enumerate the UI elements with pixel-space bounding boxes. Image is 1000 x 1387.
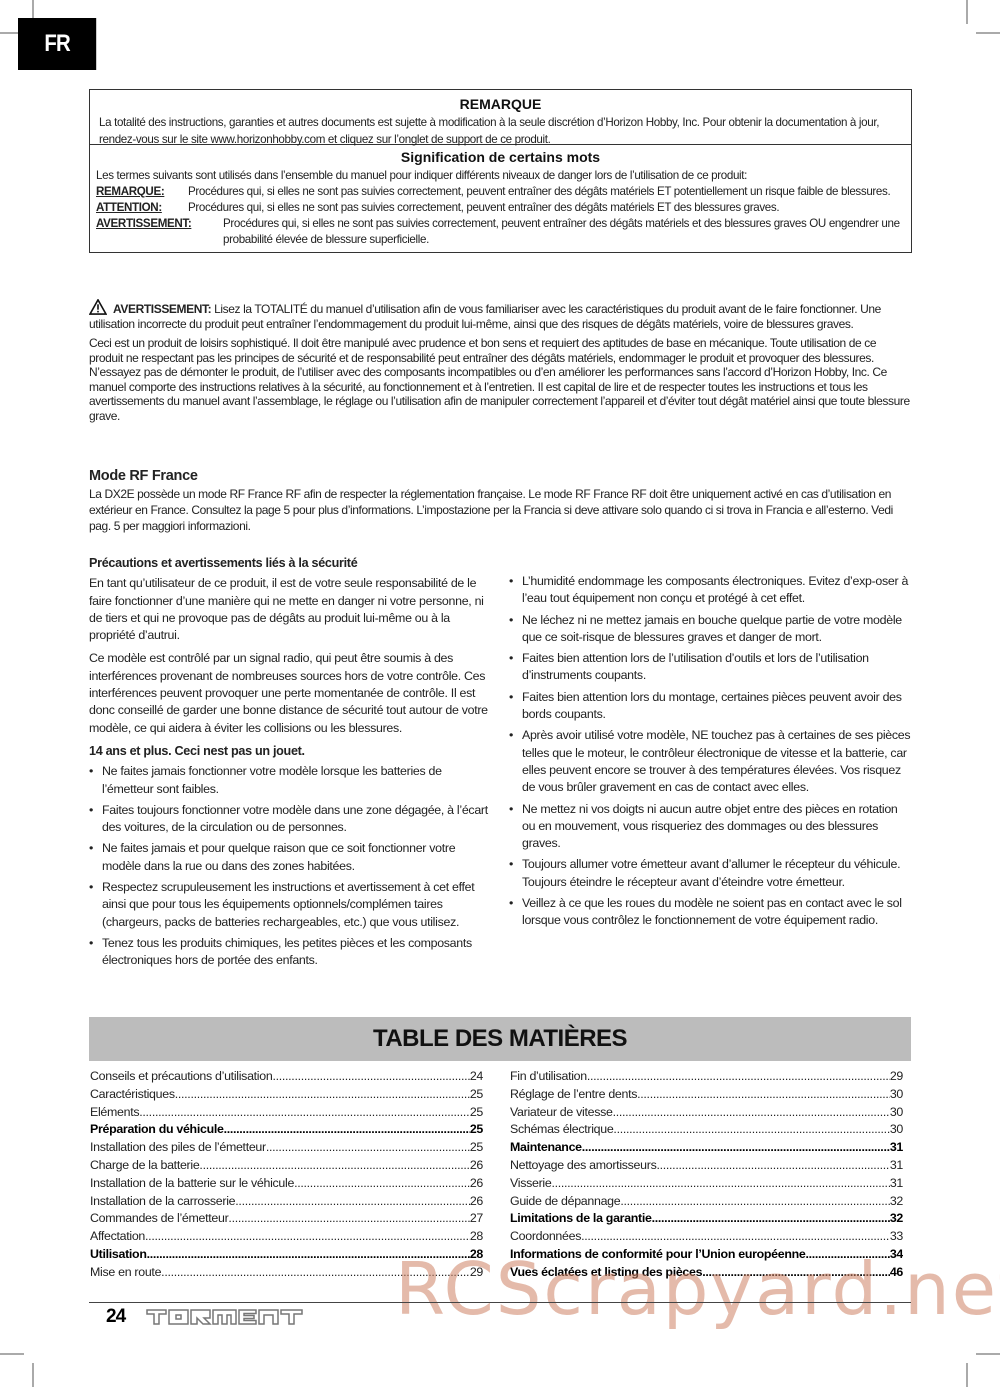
toc-entry-title: Caractéristiques (90, 1086, 175, 1104)
crop-mark (0, 1353, 24, 1355)
toc-leader-dots (582, 1139, 890, 1157)
page-number: 24 (106, 1306, 125, 1328)
toc-entry-page: 31 (890, 1157, 903, 1175)
list-item: Faites bien attention lors du montage, c… (509, 689, 911, 724)
list-item: Ne faites jamais fonctionner votre modèl… (89, 763, 489, 798)
toc-title: TABLE DES MATIÈRES (89, 1017, 911, 1061)
toc-entry-page: 27 (470, 1210, 483, 1228)
toc-entry-title: Limitations de la garantie (510, 1210, 652, 1228)
definition-term: REMARQUE: (96, 184, 188, 200)
toc-entry-page: 25 (470, 1104, 483, 1122)
toc-entry-title: Nettoyage des amortisseurs (510, 1157, 656, 1175)
toc-entry-title: Réglage de l’entre dents (510, 1086, 637, 1104)
toc-entry[interactable]: Installation des piles de l’émetteur25 (90, 1139, 483, 1157)
toc-entry-page: 26 (470, 1175, 483, 1193)
list-item: Ne faites jamais et pour quelque raison … (89, 840, 489, 875)
toc-entry-title: Guide de dépannage (510, 1193, 620, 1211)
language-label: FR (44, 30, 70, 58)
toc-entry[interactable]: Caractéristiques25 (90, 1086, 483, 1104)
toc-entry[interactable]: Fin d’utilisation29 (510, 1068, 903, 1086)
safety-right-list: L’humidité endommage les composants élec… (509, 573, 911, 930)
toc-entry[interactable]: Coordonnées33 (510, 1228, 903, 1246)
age-heading: 14 ans et plus. Ceci nest pas un jouet. (89, 743, 489, 760)
toc-entry-page: 25 (470, 1121, 483, 1139)
crop-mark (976, 1353, 1000, 1355)
toc-entry-title: Visserie (510, 1175, 551, 1193)
toc-entry[interactable]: Commandes de l’émetteur27 (90, 1210, 483, 1228)
toc-entry[interactable]: Préparation du véhicule25 (90, 1121, 483, 1139)
toc-leader-dots (266, 1139, 470, 1157)
toc-leader-dots (652, 1210, 890, 1228)
toc-entry-title: Schémas électrique (510, 1121, 613, 1139)
toc-entry-title: Affectation (90, 1228, 145, 1246)
notice-box: REMARQUE La totalité des instructions, g… (89, 89, 912, 253)
torment-logo (146, 1309, 304, 1325)
watermark: RCScrapyard.net (395, 1247, 1000, 1331)
toc-leader-dots (587, 1068, 890, 1086)
toc-entry-page: 29 (890, 1068, 903, 1086)
toc-leader-dots (613, 1121, 889, 1139)
crop-mark (976, 32, 1000, 34)
toc-entry[interactable]: Charge de la batterie26 (90, 1157, 483, 1175)
toc-entry[interactable]: Guide de dépannage32 (510, 1193, 903, 1211)
warning-triangle-icon (89, 299, 107, 315)
toc-entry[interactable]: Installation de la batterie sur le véhic… (90, 1175, 483, 1193)
toc-entry[interactable]: Affectation28 (90, 1228, 483, 1246)
toc-leader-dots (656, 1157, 889, 1175)
safety-para1: En tant qu’utilisateur de ce produit, il… (89, 575, 489, 644)
definition-attention: ATTENTION: Procédures qui, si elles ne s… (96, 200, 905, 216)
remarque-title: REMARQUE (99, 96, 902, 112)
toc-entry-page: 25 (470, 1086, 483, 1104)
list-item: L’humidité endommage les composants élec… (509, 573, 911, 608)
toc-leader-dots (139, 1104, 470, 1122)
rf-france-title: Mode RF France (89, 468, 911, 484)
safety-title: Précautions et avertissements liés à la … (89, 555, 489, 572)
toc-leader-dots (175, 1086, 470, 1104)
toc-entry-title: Fin d’utilisation (510, 1068, 587, 1086)
toc-entry[interactable]: Schémas électrique30 (510, 1121, 903, 1139)
toc-entry-title: Conseils et précautions d’utilisation (90, 1068, 272, 1086)
signification-section: Signification de certains mots Les terme… (90, 145, 911, 252)
warning-paragraph: AVERTISSEMENT: Lisez la TOTALITÉ du manu… (89, 299, 911, 331)
toc-leader-dots (272, 1068, 469, 1086)
list-item: Faites toujours fonctionner votre modèle… (89, 802, 489, 837)
list-item: Ne léchez ni ne mettez jamais en bouche … (509, 612, 911, 647)
rf-france-text: La DX2E possède un mode RF France RF afi… (89, 486, 911, 534)
remarque-section: REMARQUE La totalité des instructions, g… (90, 90, 911, 145)
crop-mark (966, 0, 968, 24)
list-item: Veillez à ce que les roues du modèle ne … (509, 895, 911, 930)
definition-desc: Procédures qui, si elles ne sont pas sui… (188, 184, 905, 200)
safety-left-column: Précautions et avertissements liés à la … (89, 555, 489, 974)
toc-entry[interactable]: Limitations de la garantie32 (510, 1210, 903, 1228)
definition-desc: Procédures qui, si elles ne sont pas sui… (188, 200, 905, 216)
toc-entry-title: Eléments (90, 1104, 139, 1122)
signification-title: Signification de certains mots (96, 149, 905, 165)
rf-france-section: Mode RF France La DX2E possède un mode R… (89, 468, 911, 534)
footer-rule (89, 1302, 911, 1303)
toc-entry-title: Coordonnées (510, 1228, 581, 1246)
toc-entry-page: 31 (890, 1175, 903, 1193)
toc-entry-page: 25 (470, 1139, 483, 1157)
definition-term: AVERTISSEMENT: (96, 216, 223, 248)
warning-section: AVERTISSEMENT: Lisez la TOTALITÉ du manu… (89, 299, 911, 428)
toc-entry[interactable]: Conseils et précautions d’utilisation24 (90, 1068, 483, 1086)
toc-leader-dots (613, 1104, 890, 1122)
toc-leader-dots (224, 1121, 470, 1139)
signification-intro: Les termes suivants sont utilisés dans l… (96, 168, 905, 184)
list-item: Respectez scrupuleusement les instructio… (89, 879, 489, 931)
toc-leader-dots (199, 1157, 469, 1175)
toc-entry[interactable]: Maintenance31 (510, 1139, 903, 1157)
list-item: Faites bien attention lors de l’utilisat… (509, 650, 911, 685)
toc-entry[interactable]: Réglage de l’entre dents30 (510, 1086, 903, 1104)
list-item: Ne mettez ni vos doigts ni aucun autre o… (509, 801, 911, 853)
toc-entry[interactable]: Nettoyage des amortisseurs31 (510, 1157, 903, 1175)
toc-entry-page: 26 (470, 1157, 483, 1175)
toc-entry-title: Variateur de vitesse (510, 1104, 613, 1122)
list-item: Après avoir utilisé votre modèle, NE tou… (509, 727, 911, 796)
toc-entry-page: 28 (470, 1228, 483, 1246)
toc-entry-title: Commandes de l’émetteur (90, 1210, 228, 1228)
safety-para2: Ce modèle est contrôlé par un signal rad… (89, 650, 489, 736)
language-tab: FR (18, 18, 96, 70)
toc-entry-title: Préparation du véhicule (90, 1121, 224, 1139)
crop-mark (966, 1363, 968, 1387)
toc-leader-dots (294, 1175, 470, 1193)
toc-leader-dots (581, 1228, 890, 1246)
toc-entry-page: 30 (890, 1086, 903, 1104)
list-item: Toujours allumer votre émetteur avant d’… (509, 856, 911, 891)
toc-leader-dots (228, 1210, 469, 1228)
toc-entry-page: 30 (890, 1104, 903, 1122)
warning-label: AVERTISSEMENT: (113, 302, 211, 316)
toc-entry[interactable]: Eléments25 (90, 1104, 483, 1122)
toc-entry-title: Mise en route (90, 1264, 161, 1282)
toc-entry-page: 31 (890, 1139, 903, 1157)
toc-leader-dots (637, 1086, 890, 1104)
crop-mark (32, 1363, 34, 1387)
list-item: Tenez tous les produits chimiques, les p… (89, 935, 489, 970)
toc-entry-page: 30 (890, 1121, 903, 1139)
remarque-text: La totalité des instructions, garanties … (99, 114, 902, 148)
toc-entry-title: Maintenance (510, 1139, 582, 1157)
toc-leader-dots (551, 1175, 889, 1193)
definition-remarque: REMARQUE: Procédures qui, si elles ne so… (96, 184, 905, 200)
toc-entry-page: 32 (890, 1193, 903, 1211)
safety-right-column: L’humidité endommage les composants élec… (509, 573, 911, 934)
safety-left-list: Ne faites jamais fonctionner votre modèl… (89, 763, 489, 969)
toc-entry-page: 33 (890, 1228, 903, 1246)
toc-entry-title: Charge de la batterie (90, 1157, 199, 1175)
toc-entry-title: Installation de la batterie sur le véhic… (90, 1175, 294, 1193)
toc-leader-dots (620, 1193, 889, 1211)
toc-entry-page: 26 (470, 1193, 483, 1211)
toc-leader-dots (145, 1228, 470, 1246)
toc-entry-title: Installation des piles de l’émetteur (90, 1139, 266, 1157)
toc-entry-title: Installation de la carrosserie (90, 1193, 235, 1211)
toc-entry[interactable]: Visserie31 (510, 1175, 903, 1193)
toc-entry[interactable]: Variateur de vitesse30 (510, 1104, 903, 1122)
definition-term: ATTENTION: (96, 200, 188, 216)
toc-leader-dots (235, 1193, 470, 1211)
toc-entry[interactable]: Installation de la carrosserie26 (90, 1193, 483, 1211)
definition-desc: Procédures qui, si elles ne sont pas sui… (223, 216, 905, 248)
toc-entry-title: Utilisation (90, 1246, 147, 1264)
toc-entry-page: 24 (470, 1068, 483, 1086)
toc-entry-page: 32 (890, 1210, 903, 1228)
definition-avertissement: AVERTISSEMENT: Procédures qui, si elles … (96, 216, 905, 248)
product-paragraph: Ceci est un produit de loisirs sophistiq… (89, 336, 911, 423)
